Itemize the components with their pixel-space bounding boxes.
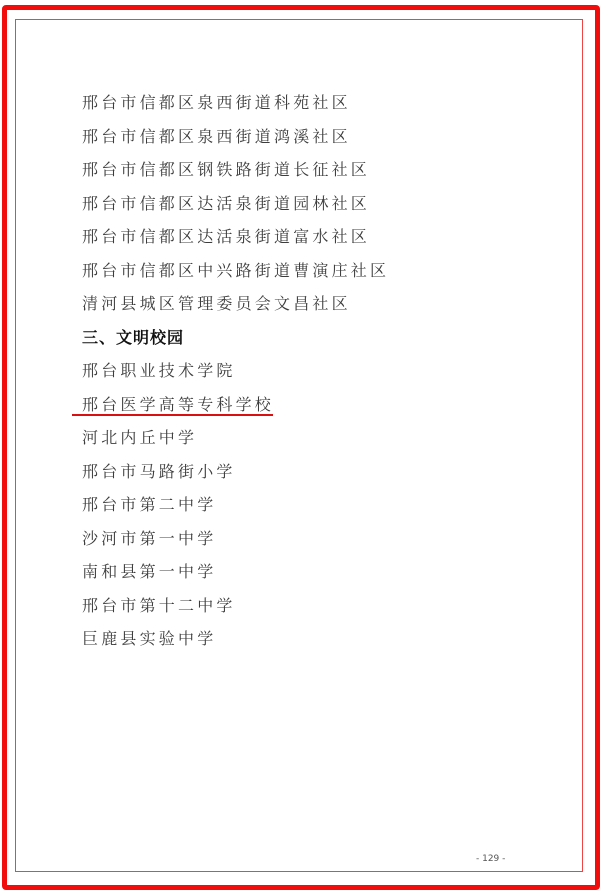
campus-item: 邢台市第二中学 (82, 495, 216, 515)
campus-item: 邢台职业技术学院 (82, 361, 236, 381)
community-item: 邢台市信都区达活泉街道富水社区 (82, 227, 370, 247)
community-item: 清河县城区管理委员会文昌社区 (82, 294, 351, 314)
community-item: 邢台市信都区中兴路街道曹演庄社区 (82, 261, 389, 281)
campus-item: 邢台市马路街小学 (82, 462, 236, 482)
community-item: 邢台市信都区钢铁路街道长征社区 (82, 160, 370, 180)
campus-item: 沙河市第一中学 (82, 529, 216, 549)
community-item: 邢台市信都区泉西街道鸿溪社区 (82, 127, 351, 147)
community-item: 邢台市信都区达活泉街道园林社区 (82, 194, 370, 214)
page-number: - 129 - (476, 854, 505, 864)
campus-item-highlighted: 邢台医学高等专科学校 (82, 395, 274, 415)
community-item: 邢台市信都区泉西街道科苑社区 (82, 93, 351, 113)
campus-item: 河北内丘中学 (82, 428, 197, 448)
campus-item: 邢台市第十二中学 (82, 596, 236, 616)
section-heading: 三、文明校园 (82, 328, 184, 348)
campus-item: 南和县第一中学 (82, 562, 216, 582)
campus-item: 巨鹿县实验中学 (82, 629, 216, 649)
red-highlight-underline (72, 414, 273, 416)
